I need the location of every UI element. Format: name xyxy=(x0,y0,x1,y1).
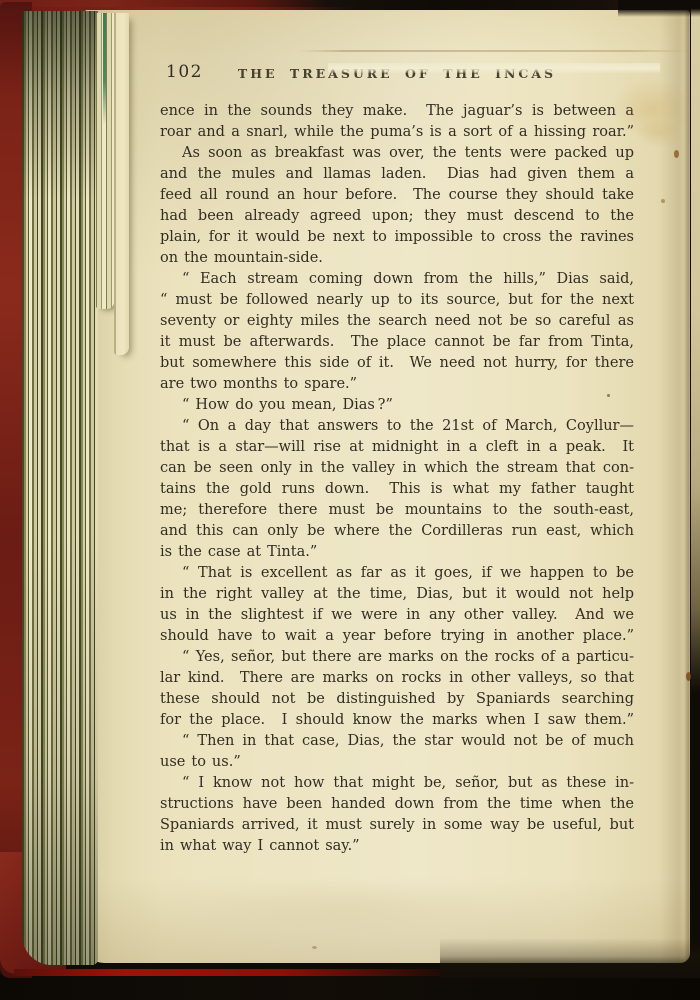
text-line: lar kind. There are marks on rocks in ot… xyxy=(160,668,634,689)
text-line: “ That is excellent as far as it goes, i… xyxy=(160,563,634,584)
text-line: Spaniards arrived, it must surely in som… xyxy=(160,815,634,836)
green-page-edge-line xyxy=(103,13,106,125)
text-line: use to us.” xyxy=(160,752,634,773)
page-edges-stack xyxy=(22,11,98,965)
photo-top-right-shadow xyxy=(618,0,700,17)
book-scan: 102 THE TREASURE OF THE INCAS ence in th… xyxy=(0,0,700,1000)
foxing-speck xyxy=(312,946,317,949)
text-line: “ Each stream coming down from the hills… xyxy=(160,269,634,290)
page-stain xyxy=(636,118,682,148)
foxing-speck xyxy=(686,672,691,681)
text-line: us in the slightest if we were in any ot… xyxy=(160,605,634,626)
text-line: As soon as breakfast was over, the tents… xyxy=(160,143,634,164)
text-line: structions have been handed down from th… xyxy=(160,794,634,815)
text-line: “ must be followed nearly up to its sour… xyxy=(160,290,634,311)
text-line: can be seen only in the valley in which … xyxy=(160,458,634,479)
text-line: had been already agreed upon; they must … xyxy=(160,206,634,227)
foxing-speck xyxy=(661,199,665,203)
foxing-speck xyxy=(607,394,610,397)
page-stain xyxy=(200,878,500,936)
text-line: plain, for it would be next to impossibl… xyxy=(160,227,634,248)
text-line: feed all round an hour before. The cours… xyxy=(160,185,634,206)
text-line: are two months to spare.” xyxy=(160,374,634,395)
scan-fade-artifact xyxy=(328,63,660,73)
text-line: these should not be distinguished by Spa… xyxy=(160,689,634,710)
text-line: that is a star—will rise at midnight in … xyxy=(160,437,634,458)
text-line: and the mules and llamas laden. Dias had… xyxy=(160,164,634,185)
text-line: in the right valley at the time, Dias, b… xyxy=(160,584,634,605)
page-edges-step xyxy=(114,13,129,355)
text-line: “ How do you mean, Dias ?” xyxy=(160,395,634,416)
text-line: roar and a snarl, while the puma’s is a … xyxy=(160,122,634,143)
text-line: “ I know not how that might be, señor, b… xyxy=(160,773,634,794)
photo-bottom-border xyxy=(0,975,700,1000)
text-line: in what way I cannot say.” xyxy=(160,836,634,857)
text-line: is the case at Tinta.” xyxy=(160,542,634,563)
text-line: for the place. I should know the marks w… xyxy=(160,710,634,731)
text-line: on the mountain-side. xyxy=(160,248,634,269)
text-line: seventy or eighty miles the search need … xyxy=(160,311,634,332)
page-edges-shading xyxy=(22,11,98,965)
scan-line-artifact xyxy=(298,50,690,52)
page-bottom-shadow xyxy=(440,938,700,978)
text-line: tains the gold runs down. This is what m… xyxy=(160,479,634,500)
text-line: me; therefore there must be mountains to… xyxy=(160,500,634,521)
text-line: “ Then in that case, Dias, the star woul… xyxy=(160,731,634,752)
text-line: it must be afterwards. The place cannot … xyxy=(160,332,634,353)
text-line: should have to wait a year before trying… xyxy=(160,626,634,647)
book-cover-bottom-edge xyxy=(14,969,464,976)
text-line: “ Yes, señor, but there are marks on the… xyxy=(160,647,634,668)
foxing-speck xyxy=(674,150,679,158)
text-line: “ On a day that answers to the 21st of M… xyxy=(160,416,634,437)
text-block: ence in the sounds they make. The jaguar… xyxy=(160,101,634,857)
text-line: and this can only be where the Cordiller… xyxy=(160,521,634,542)
next-page-edge xyxy=(691,3,700,693)
text-line: but somewhere this side of it. We need n… xyxy=(160,353,634,374)
text-line: ence in the sounds they make. The jaguar… xyxy=(160,101,634,122)
